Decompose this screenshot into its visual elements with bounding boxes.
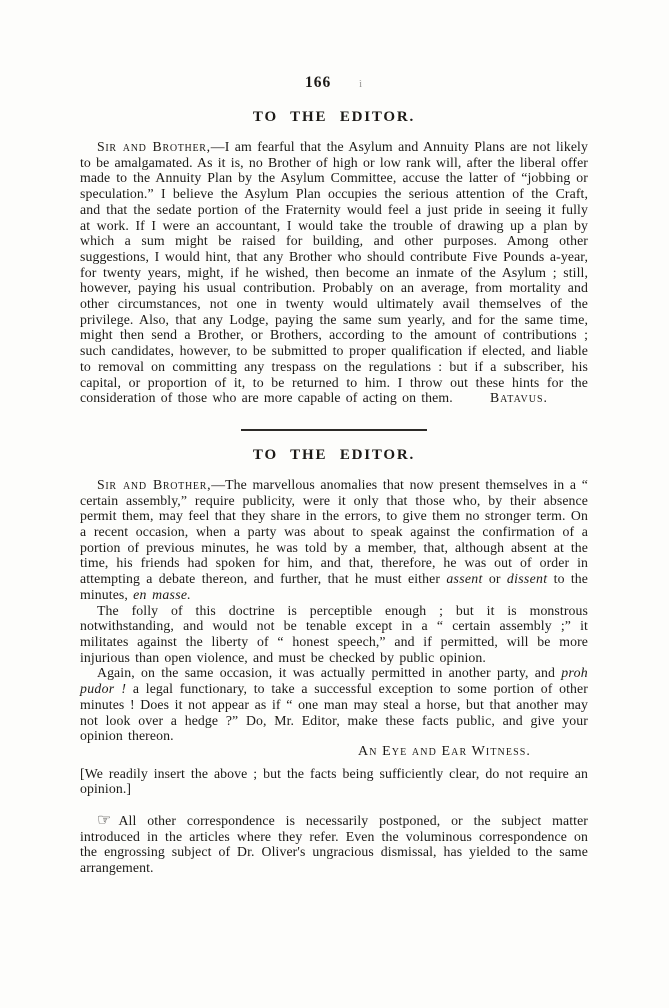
italic-en-masse: en masse. [133, 587, 191, 602]
postscript-text: All other correspondence is necessarily … [80, 813, 588, 875]
letter1-signature: Batavus. [473, 390, 548, 406]
editor-note-text: [We readily insert the above ; but the f… [80, 766, 588, 797]
letter2-p3-text: a legal functionary, to take a successfu… [80, 681, 588, 743]
letter1-body: Sir and Brother,—I am fearful that the A… [80, 139, 588, 406]
letter1-heading: TO THE EDITOR. [80, 109, 588, 126]
scan-artifact-mark: ì [359, 76, 363, 93]
page-number: 166 [305, 74, 331, 91]
letter1-text: —I am fearful that the Asylum and Annuit… [80, 139, 588, 405]
letter2-paragraph-2: The folly of this doctrine is perceptibl… [80, 603, 588, 666]
letter2-signature: An Eye and Ear Witness. [80, 744, 588, 760]
letter2-p1-text: or [483, 571, 507, 586]
letter1-salutation: Sir and Brother, [97, 139, 211, 154]
letter2-heading: TO THE EDITOR. [80, 447, 588, 464]
postscript-note: ☞All other correspondence is necessarily… [80, 813, 588, 876]
italic-assent: assent [446, 571, 482, 586]
printers-fist-icon: ☞ [97, 812, 111, 829]
editor-note: [We readily insert the above ; but the f… [80, 766, 588, 797]
section-divider [241, 429, 427, 431]
page-number-row: 166ì [80, 74, 588, 93]
letter2-p1-text: —The marvellous anomalies that now prese… [80, 477, 588, 586]
scanned-document-page: 166ì TO THE EDITOR. Sir and Brother,—I a… [0, 0, 669, 1008]
italic-dissent: dissent [507, 571, 547, 586]
letter2-salutation: Sir and Brother, [97, 477, 211, 492]
letter2-paragraph-3: Again, on the same occasion, it was actu… [80, 665, 588, 744]
letter2-paragraph-1: Sir and Brother,—The marvellous anomalie… [80, 477, 588, 603]
letter2-p3-text: Again, on the same occasion, it was actu… [97, 665, 561, 680]
